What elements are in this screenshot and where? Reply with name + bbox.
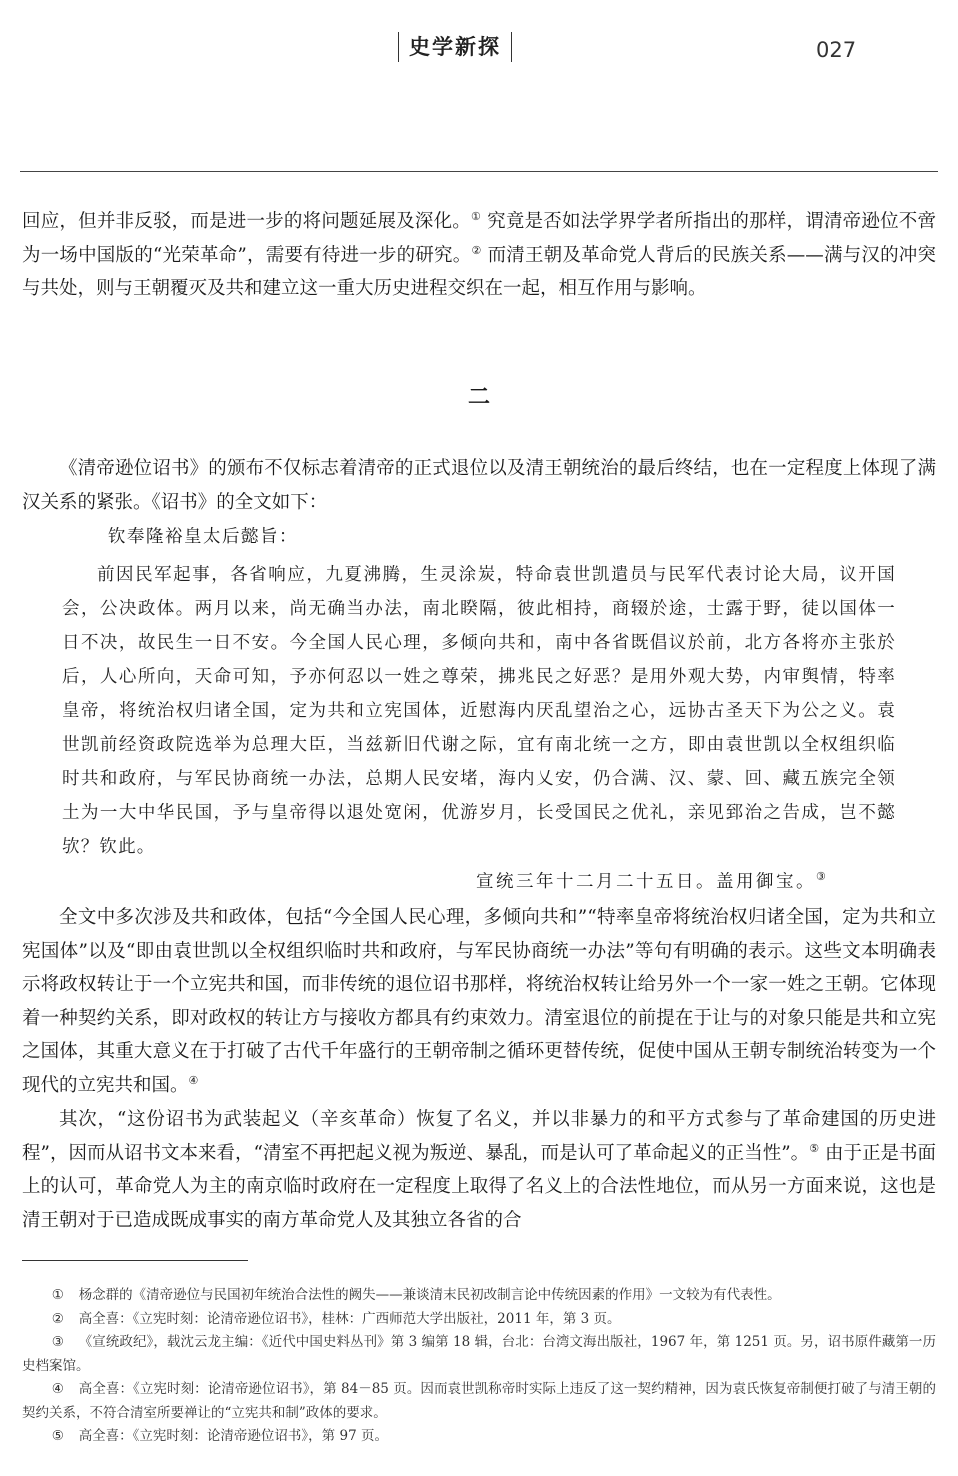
footnote-4: ④高全喜：《立宪时刻：论清帝逊位诏书》，第 84－85 页。因而袁世凯称帝时实际… xyxy=(22,1378,936,1425)
analysis-paragraph-1: 全文中多次涉及共和政体，包括“今全国人民心理，多倾向共和”“特率皇帝将统治权归诸… xyxy=(22,901,936,1102)
footnote-3: ③《宣统政纪》，载沈云龙主编：《近代中国史料丛刊》第 3 编第 18 辑，台北：… xyxy=(22,1331,936,1378)
footnote-divider xyxy=(22,1260,248,1261)
footnote-ref-1[interactable]: ① xyxy=(471,210,481,223)
footnote-ref-3[interactable]: ③ xyxy=(816,870,828,883)
edict-date-text: 宣统三年十二月二十五日。盖用御宝。 xyxy=(476,872,816,892)
footnote-mark: ④ xyxy=(52,1378,79,1402)
footnote-text: 高全喜：《立宪时刻：论清帝逊位诏书》，第 84－85 页。因而袁世凯称帝时实际上… xyxy=(22,1381,936,1421)
footnote-ref-4[interactable]: ④ xyxy=(189,1074,199,1087)
analysis-1-text: 全文中多次涉及共和政体，包括“今全国人民心理，多倾向共和”“特率皇帝将统治权归诸… xyxy=(22,907,936,1096)
analysis-paragraph-2: 其次，“这份诏书为武装起义（辛亥革命）恢复了名义，并以非暴力的和平方式参与了革命… xyxy=(22,1103,936,1237)
edict-opening: 钦奉隆裕皇太后懿旨： xyxy=(108,523,298,548)
footnote-text: 《宣统政纪》，载沈云龙主编：《近代中国史料丛刊》第 3 编第 18 辑，台北：台… xyxy=(22,1334,936,1374)
footnote-mark: ③ xyxy=(52,1331,79,1355)
footnote-ref-5[interactable]: ⑤ xyxy=(809,1142,819,1155)
edict-body-text: 前因民军起事，各省响应，九夏沸腾，生灵涂炭，特命袁世凯遣员与民军代表讨论大局，议… xyxy=(62,558,896,864)
footnote-text: 杨念群的《清帝逊位与民国初年统治合法性的阙失——兼谈清末民初改制言论中传统因素的… xyxy=(79,1287,781,1303)
footnote-2: ②高全喜：《立宪时刻：论清帝逊位诏书》，桂林：广西师范大学出版社，2011 年，… xyxy=(22,1308,936,1332)
page-number: 027 xyxy=(816,38,856,62)
footnote-text: 高全喜：《立宪时刻：论清帝逊位诏书》，桂林：广西师范大学出版社，2011 年，第… xyxy=(79,1311,621,1327)
footnote-mark: ① xyxy=(52,1284,79,1308)
analysis-2-text-a: 其次，“这份诏书为武装起义（辛亥革命）恢复了名义，并以非暴力的和平方式参与了革命… xyxy=(22,1109,936,1164)
footnote-mark: ② xyxy=(52,1308,79,1332)
footnote-ref-2[interactable]: ② xyxy=(471,244,481,257)
footnote-1: ①杨念群的《清帝逊位与民国初年统治合法性的阙失——兼谈清末民初改制言论中传统因素… xyxy=(22,1284,936,1308)
footnote-text: 高全喜：《立宪时刻：论清帝逊位诏书》，第 97 页。 xyxy=(79,1428,388,1444)
footnote-mark: ⑤ xyxy=(52,1425,79,1449)
intro-paragraph: 回应，但并非反驳，而是进一步的将问题延展及深化。① 究竟是否如法学界学者所指出的… xyxy=(22,205,936,306)
edict-body: 前因民军起事，各省响应，九夏沸腾，生灵涂炭，特命袁世凯遣员与民军代表讨论大局，议… xyxy=(62,558,896,864)
footnote-5: ⑤高全喜：《立宪时刻：论清帝逊位诏书》，第 97 页。 xyxy=(22,1425,936,1449)
journal-section-title: 史学新探 xyxy=(398,32,512,62)
section-heading: 二 xyxy=(0,380,958,411)
lead-paragraph-text: 《清帝逊位诏书》的颁布不仅标志着清帝的正式退位以及清王朝统治的最后终结，也在一定… xyxy=(22,452,936,519)
header-divider xyxy=(20,171,938,172)
edict-date-line: 宣统三年十二月二十五日。盖用御宝。③ xyxy=(476,868,828,893)
footnotes: ①杨念群的《清帝逊位与民国初年统治合法性的阙失——兼谈清末民初改制言论中传统因素… xyxy=(22,1284,936,1449)
intro-text-a: 回应，但并非反驳，而是进一步的将问题延展及深化。 xyxy=(22,211,471,232)
lead-paragraph: 《清帝逊位诏书》的颁布不仅标志着清帝的正式退位以及清王朝统治的最后终结，也在一定… xyxy=(22,452,936,519)
running-header: 史学新探 027 xyxy=(0,30,958,70)
